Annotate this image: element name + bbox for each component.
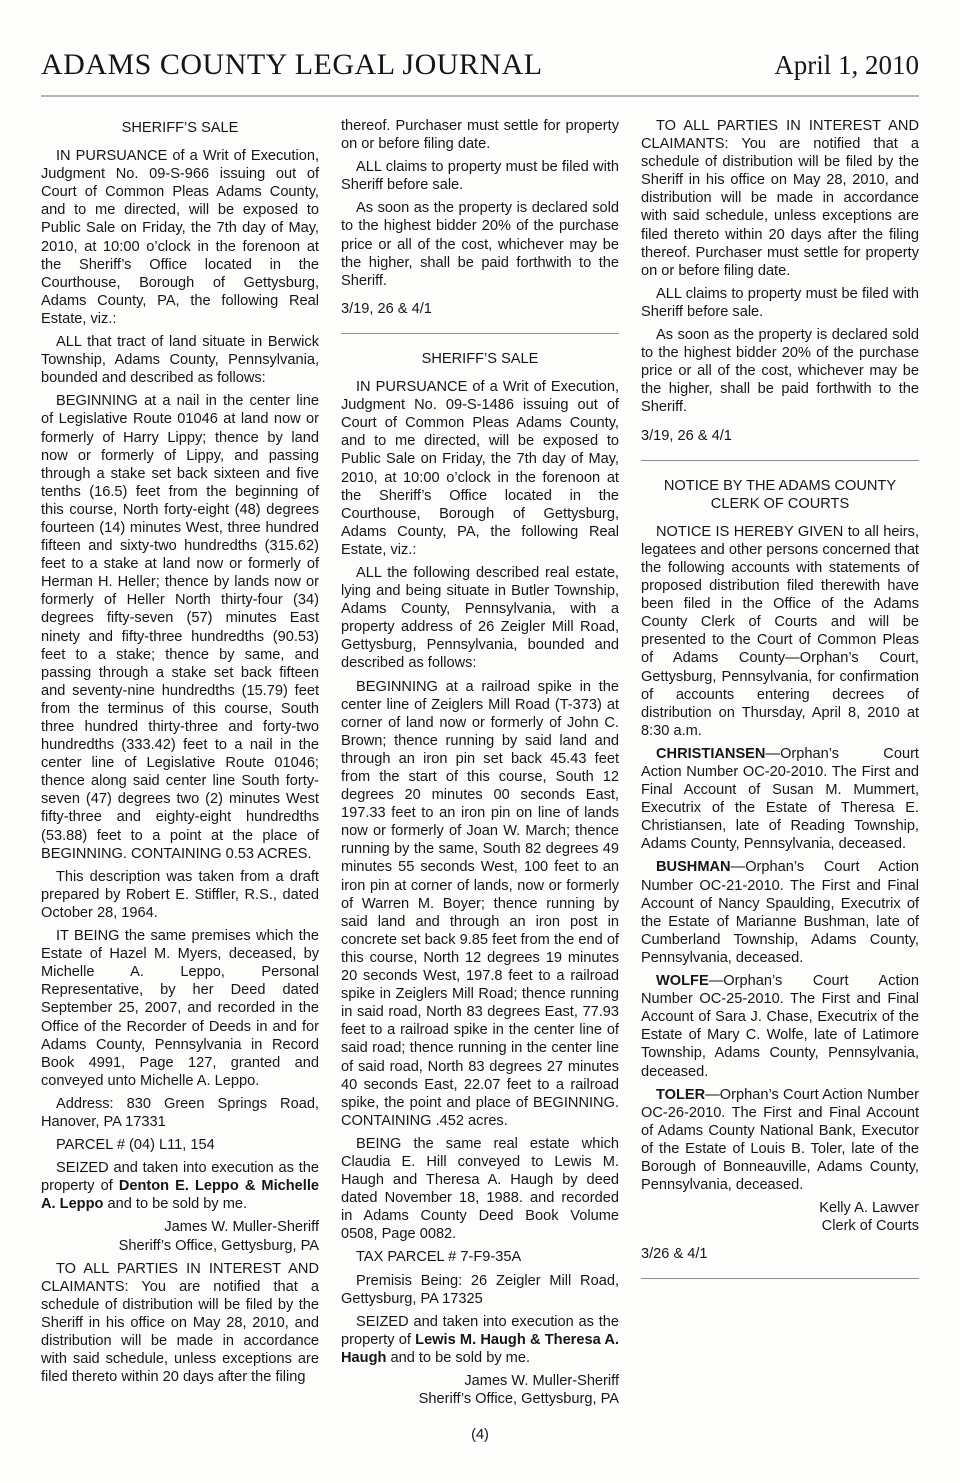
paragraph: ALL claims to property must be filed wit… xyxy=(641,285,919,321)
publication-date-line: 3/19, 26 & 4/1 xyxy=(641,427,919,445)
journal-title: ADAMS COUNTY LEGAL JOURNAL xyxy=(41,48,543,82)
page-number: (4) xyxy=(0,1427,960,1443)
paragraph: This description was taken from a draft … xyxy=(41,868,319,922)
paragraph: TOLER—Orphan’s Court Action Number OC-26… xyxy=(641,1086,919,1195)
notice-heading: NOTICE BY THE ADAMS COUNTYCLERK OF COURT… xyxy=(641,477,919,513)
masthead: ADAMS COUNTY LEGAL JOURNAL April 1, 2010 xyxy=(41,48,919,97)
paragraph: SEIZED and taken into execution as the p… xyxy=(341,1313,619,1367)
paragraph: IN PURSUANCE of a Writ of Execution, Jud… xyxy=(41,147,319,328)
paragraph: ALL that tract of land situate in Berwic… xyxy=(41,333,319,387)
journal-page: ADAMS COUNTY LEGAL JOURNAL April 1, 2010… xyxy=(0,0,960,1413)
paragraph: PARCEL # (04) L11, 154 xyxy=(41,1136,319,1154)
column-2: thereof. Purchaser must settle for prope… xyxy=(341,117,619,1413)
journal-date: April 1, 2010 xyxy=(774,50,919,81)
column-layout: SHERIFF’S SALEIN PURSUANCE of a Writ of … xyxy=(41,117,919,1413)
paragraph: SEIZED and taken into execution as the p… xyxy=(41,1159,319,1213)
notice-heading: SHERIFF’S SALE xyxy=(341,350,619,368)
paragraph: Premisis Being: 26 Zeigler Mill Road, Ge… xyxy=(341,1272,619,1308)
paragraph: TO ALL PARTIES IN INTEREST AND CLAIMANTS… xyxy=(641,117,919,280)
publication-date-line: 3/26 & 4/1 xyxy=(641,1245,919,1263)
paragraph: thereof. Purchaser must settle for prope… xyxy=(341,117,619,153)
paragraph: Address: 830 Green Springs Road, Hanover… xyxy=(41,1095,319,1131)
paragraph: ALL claims to property must be filed wit… xyxy=(341,158,619,194)
paragraph: WOLFE—Orphan’s Court Action Number OC-25… xyxy=(641,972,919,1081)
paragraph: BUSHMAN—Orphan’s Court Action Number OC-… xyxy=(641,858,919,967)
publication-date-line: 3/19, 26 & 4/1 xyxy=(341,300,619,318)
paragraph: BEGINNING at a railroad spike in the cen… xyxy=(341,678,619,1130)
paragraph: TAX PARCEL # 7-F9-35A xyxy=(341,1248,619,1266)
paragraph: As soon as the property is declared sold… xyxy=(641,326,919,416)
column-3: TO ALL PARTIES IN INTEREST AND CLAIMANTS… xyxy=(641,117,919,1413)
section-divider xyxy=(341,333,619,334)
signature-block: James W. Muller-SheriffSheriff’s Office,… xyxy=(41,1218,319,1254)
paragraph: TO ALL PARTIES IN INTEREST AND CLAIMANTS… xyxy=(41,1260,319,1387)
paragraph: CHRISTIANSEN—Orphan’s Court Action Numbe… xyxy=(641,745,919,854)
paragraph: NOTICE IS HEREBY GIVEN to all heirs, leg… xyxy=(641,523,919,740)
notice-heading: SHERIFF’S SALE xyxy=(41,119,319,137)
paragraph: BEING the same real estate which Claudia… xyxy=(341,1135,619,1244)
column-1: SHERIFF’S SALEIN PURSUANCE of a Writ of … xyxy=(41,117,319,1413)
signature-block: Kelly A. LawverClerk of Courts xyxy=(641,1199,919,1235)
section-divider xyxy=(641,460,919,461)
section-divider xyxy=(641,1278,919,1279)
paragraph: As soon as the property is declared sold… xyxy=(341,199,619,289)
paragraph: IN PURSUANCE of a Writ of Execution, Jud… xyxy=(341,378,619,559)
paragraph: BEGINNING at a nail in the center line o… xyxy=(41,392,319,862)
paragraph: ALL the following described real estate,… xyxy=(341,564,619,673)
paragraph: IT BEING the same premises which the Est… xyxy=(41,927,319,1090)
signature-block: James W. Muller-SheriffSheriff’s Office,… xyxy=(341,1372,619,1408)
